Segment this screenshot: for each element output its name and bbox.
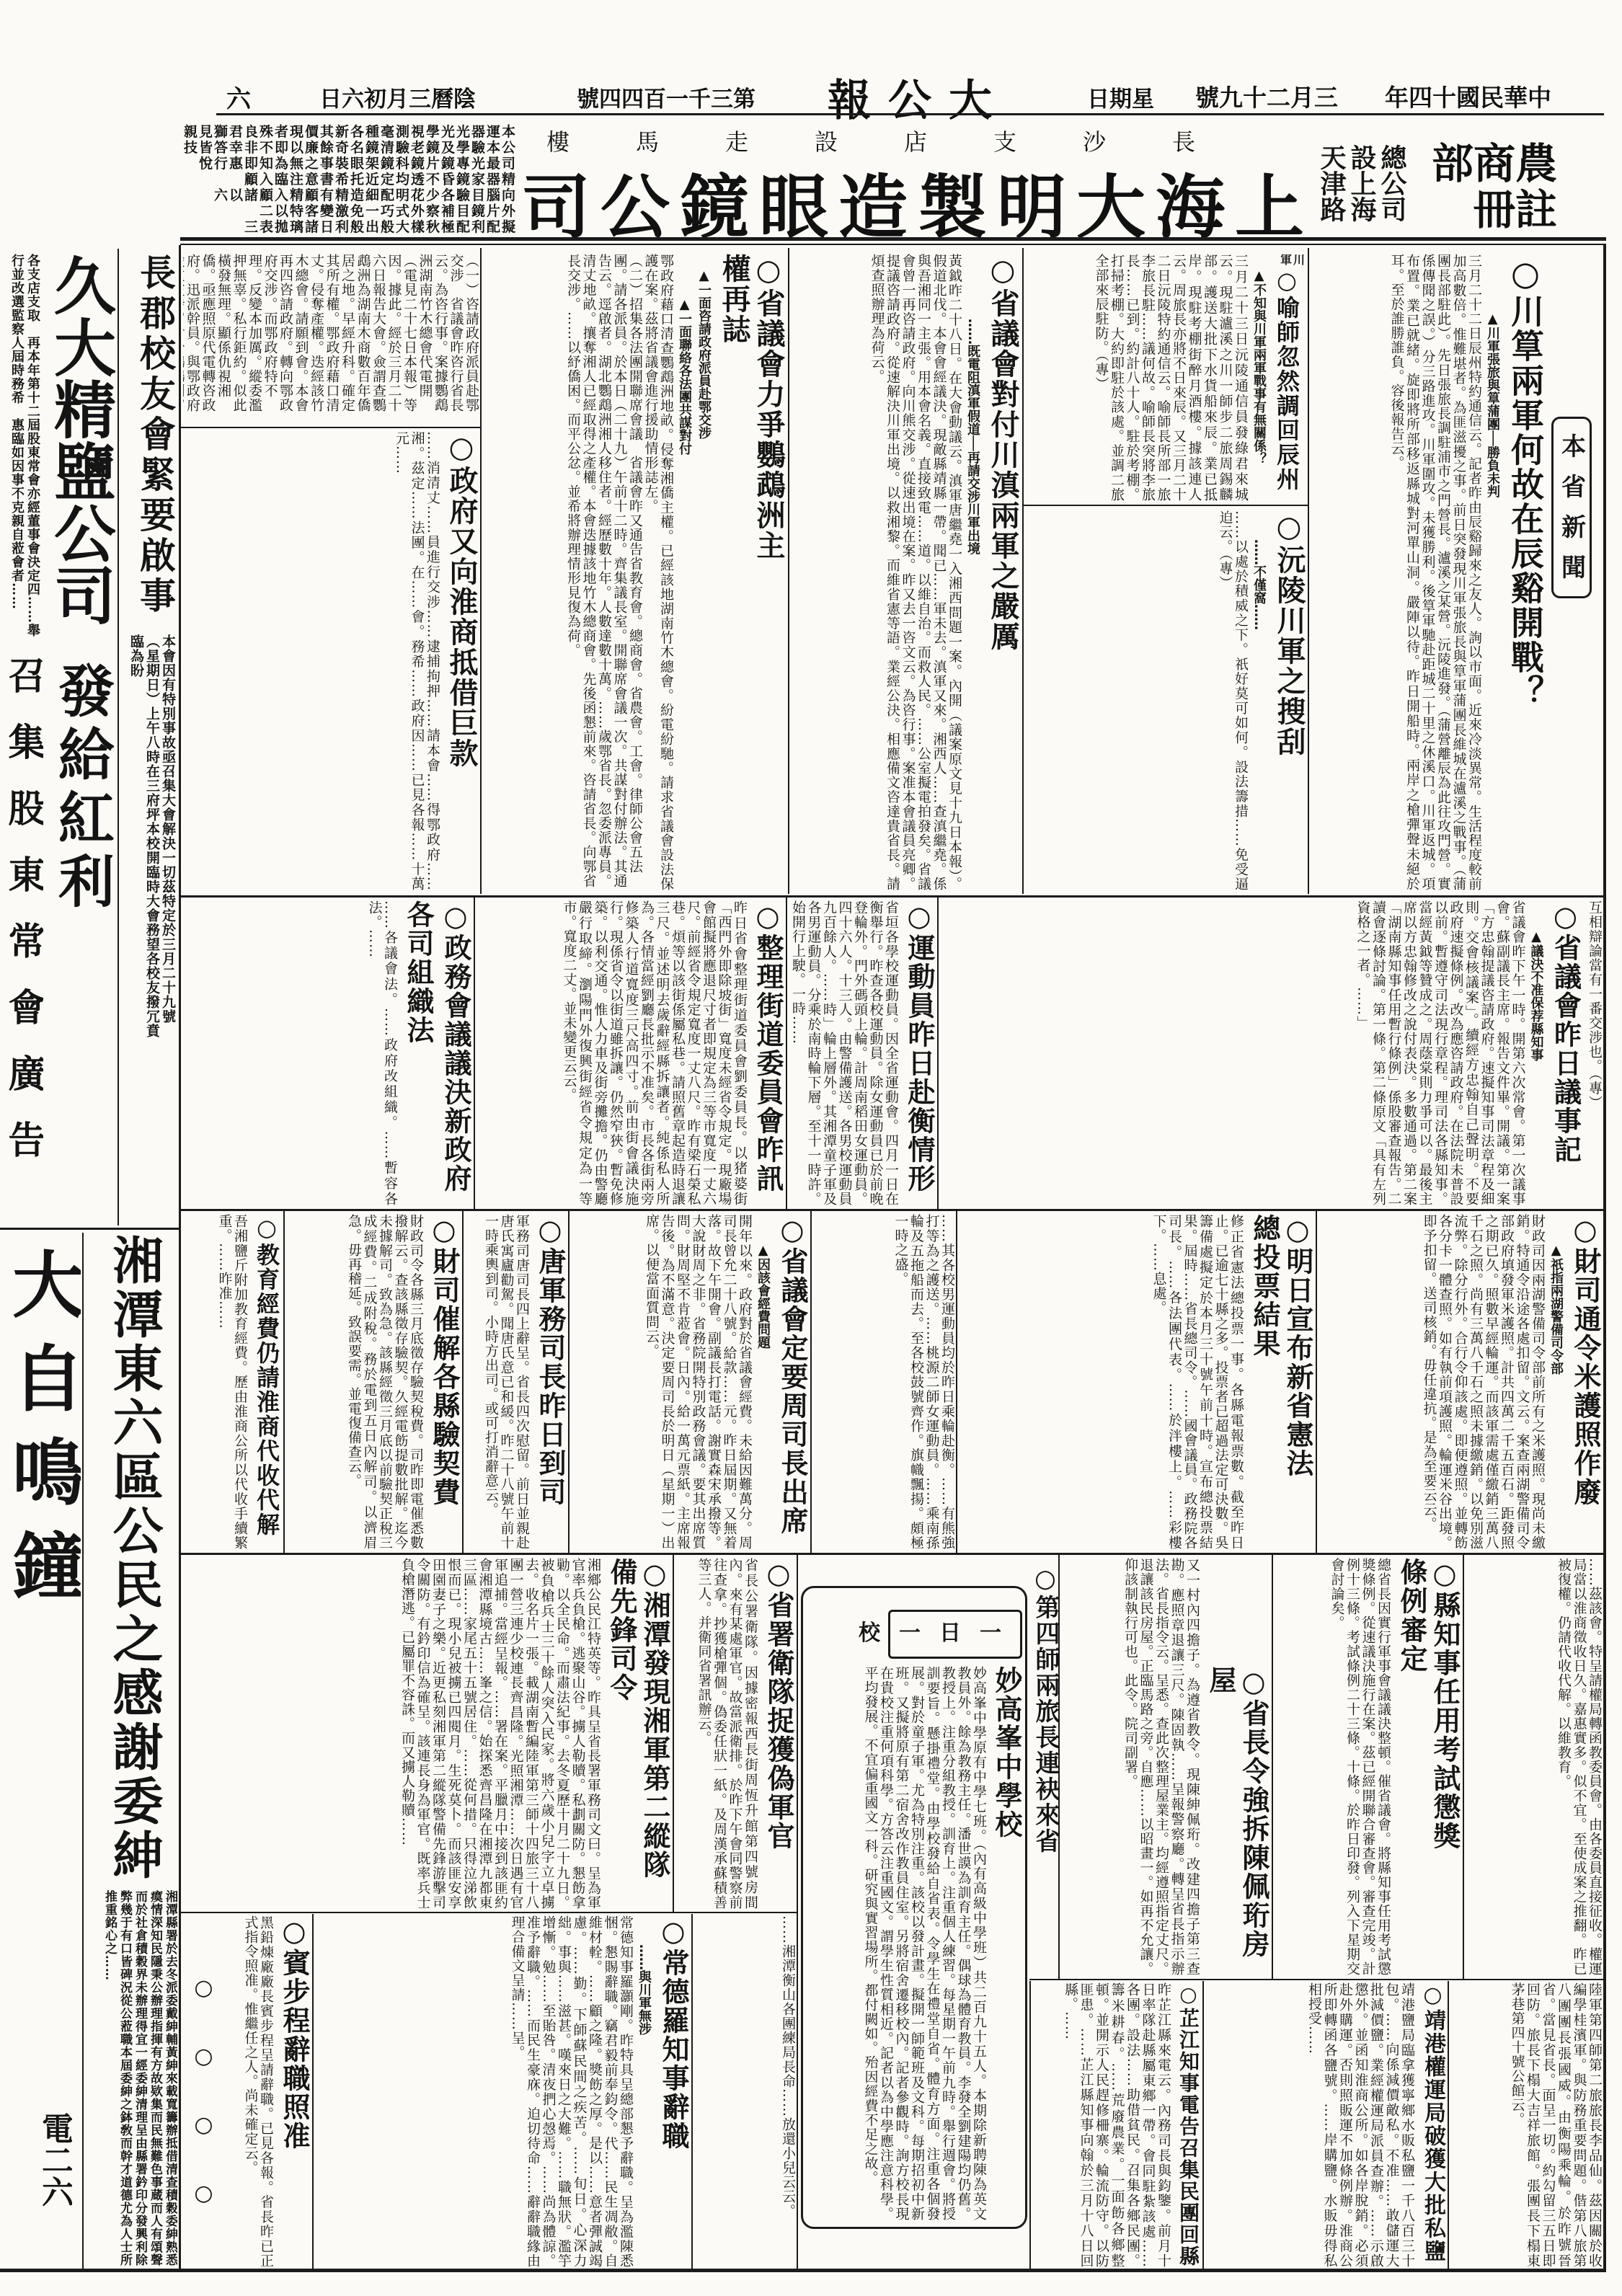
article-education-funds-continued: ……茲該會。特呈請權局轉函教委員會。由各委員直接征收。權運局當以淮商徵收日久。嘉… [1466,1558,1602,1976]
article-subheadline: ……不僅窩…… [1251,510,1267,891]
article-changde-magistrate-resigns: ○常德羅知事辭職 ……與川軍無涉 常德知事羅灝剛。昨特具呈總部懇予辭職。呈為濫陳… [315,1915,690,2268]
ad-clock-title: 大自鳴鐘 [1,1247,81,1824]
bottom-rule [0,2269,1606,2272]
article-subheadline: ▲一面咨請政府派員赴鄂交涉 [696,254,712,891]
masthead-rule [216,113,1604,115]
masthead-date: 三月二十九號 [1197,79,1338,113]
article-section: （二）招集各法團開聯席會議 省議會昨又通告省教育會。總商會。省農會。工會。律師公… [565,254,643,891]
sidebar-lower-rule [82,1233,84,2269]
ad-headquarters: 總公司 設上海 天津路 [1316,144,1406,236]
article-subheadline: ……既電阻滇軍假道──再請交涉川軍出境 [965,254,981,891]
article-athletes-depart: ○運動員昨日赴衡情形 省垣各學校運動員。因全省運動會。四月一日在衡舉行。昨查各校… [789,900,936,1206]
article-headline: ○政府又向淮商抵借巨款 [444,431,479,891]
column-rule [1029,1981,1031,2269]
article-magistrate-exam-rules: ○縣知事任用考試懲獎條例審定 總省長因實行軍事會議議決整頓。催省議會。將縣知事任… [1275,1558,1461,1976]
article-fourth-division-headline: ○第四師兩旅長連袂來省 [1030,1564,1059,1975]
article-body: 財政司令各縣三月底徵存驗契稅費。司昨即電催悉數撥解云。查該縣徵存驗契。久經電飭提… [346,1214,424,1550]
article-chuan-gan-battle: ○川筸兩軍何故在辰谿開戰？ ▲川軍張旅與筸蒲團──勝負未判 三月二十二日辰州特約… [1311,254,1546,891]
article-headline: ○明日宣布新省憲法總投票結果 [1248,1214,1314,1502]
ad-hq-col: 天津路 [1316,144,1346,236]
article-headline: ○政務會議議決新政府 [439,900,472,1206]
ad-body-row: 外片鏡目補察外式巧一免激變客特以二 [184,203,517,219]
article-miaogao-school: 妙高峯中學校 妙高峯中學原有中學七班。（內有高級中學班）共二百九十五人。本期除新… [809,1666,1022,2221]
article-government-loan: ○政府又向淮商抵借巨款 ……消清丈……員進行交涉……逮捕拘押……請本會……得鄂政… [183,431,479,891]
ad-registered-row: 農商部 [1413,141,1557,187]
column-rule [1316,1211,1317,1553]
section-label-local-news: 本省新聞 [1551,417,1592,598]
column-rule [1022,248,1024,894]
notice-changjun-body: 本會因有特別事故亟召集大會解決一切茲特定於三月二十九號（星期日）上午八時在三府坪… [121,634,176,1038]
article-subheadline: ▲川軍張旅與筸蒲團──勝負未判 [1484,254,1501,891]
ad-body-row: 擬配利配極秋樣大般出般利日諸璃拋表三 [184,219,517,235]
article-yuanling-extortion: ○沅陵川軍之搜刮 ……不僅窩…… ……以處於積威之下。祇好莫可如何。設法籌措……… [1025,510,1306,891]
article-xiangtan-gongmin-headline: 湘潭東六區公民之感謝委紳 [87,1234,177,1887]
article-body: 昨芷江縣來電云。內務司長與鈞鑒。前月十日率隊赴縣屬東鄉一帶。會同駐紮該處……各團… [1063,1982,1171,2268]
article-body: 軍務司唐司長四上辭呈。省長四次慰留。前日並親赴唐氏寓廬勸駕。聞唐氏意已和緩。昨二… [483,1214,530,1550]
row-rule [181,1912,797,1913]
column-rule [788,248,789,894]
article-body: 總省長因實行軍事會議議決整頓。催省議會。將縣知事任用考試懲獎條例。從速議決施行在… [1329,1558,1391,1976]
ad-body-row: 向腦目驗各少花明配細造精有顧精入顧諸以六 [184,187,517,203]
column-rule [1308,248,1309,894]
notice-changjun-headline: 長郡校友會緊要啟事 [131,254,176,629]
article-headline: ○省長令強拆陳佩珩房屋 [1204,1558,1270,1976]
column-rule [462,1211,464,1553]
ad-body-row: 本運器光光學視測毫種各新其價現者殊良君獅見親 [184,124,517,140]
article-headline: ○省議會力爭鸚鵡洲主權再誌 [717,254,786,578]
article-athletes-continued: ……其各校男運動員均於昨日乘輪赴衡。……有熊強打等為之護送。……桃源二師女運動員… [813,1214,954,1550]
article-body: 開年以來。政府對於省議會經費。未給因難萬分。周司長曾允二十八號。給款……元。昨日… [644,1214,753,1550]
ad-jiuda-title: 久大精鹽公司 [42,254,115,657]
article-headline: ○沅陵川軍之搜刮 [1272,510,1306,891]
column-rule [810,1211,812,1553]
article-headline: ○省議會昨日議事記 [1549,900,1582,1206]
article-guard-arrests-fake-officer: ○省署衛隊捉獲偽軍官 省長公署衛隊。因據密報西長街周恆升館第四號房間內。來有某處… [675,1558,795,1910]
ad-body-row: 司最光專鏡片鏡科鏡架眼裝事之無為知即惠行悅 [184,156,517,172]
article-body: 妙高峯中學原有中學七班。（內有高級中學班）共二百九十五人。本期除新聘陳為英文教員… [862,1666,986,2221]
article-body: ……以處於積威之下。祇好莫可如何。設法籌措……免受逼迫云。（專） [1217,510,1248,891]
article-rice-permit-void: ○財司通令米護照作廢 ▲祇指兩湖警備司令部 財政司因兩湖警備司令部前所有之米護照… [1319,1214,1602,1550]
newspaper-page: 中華民國十四年 三月二十九號 星期日 大公報 第三千一百四四號 陰曆三月初六日 … [0,0,1622,2296]
column-rule [474,897,475,1209]
article-yu-shi-recalled: 川軍○喻師忽然調回辰州 ▲不知與川軍兩軍戰事有無關係？ 三月二十三日沅陵通信員發… [1025,254,1306,502]
column-label-one-school-a-day: 一日一校 [888,1610,1022,1659]
article-headline-line2: 各司組織法 [402,900,435,1206]
band-rule-3 [180,1553,1605,1555]
article-headline: ○第四師兩旅長連袂來省 [1032,1564,1059,1975]
ad-registered-row: 註冊 [1413,187,1557,233]
band-rule-1 [180,895,1605,897]
band-rule-2 [180,1209,1605,1211]
ad-bottom-rule [180,237,1606,241]
ad-clock-phone: 電二六 [14,2112,72,2256]
article-xiangtan-fake-commander: ○湘潭發現湘軍第二縱隊備先鋒司令 湘鄉公民江特英等。昨具呈省長署軍務司文曰。呈為… [183,1558,671,1910]
article-body: 省議會昨下午一時。開第六次常會。第一次議事會。蘇副議長主席。報告文件畢。開議。第… [1355,900,1525,1206]
ad-jiuda-notes: 各支店支取 再本年第十二屆股東常會亦經董事會決定四……舉行並改選監察人屆時務希 … [3,254,40,649]
column-rule [1202,1981,1204,2269]
article-street-committee: ○整理街道委員會昨訊 昨日省會整理街道委員會劉委員長。以猪婆街「西門外即除坡街」… [477,900,784,1206]
article-headline: 妙高峯中學校 [991,1666,1022,2221]
row-rule [181,427,480,428]
masthead-weekday: 星期日 [1085,81,1154,113]
article-deed-fee-collection: ○財司催解各縣驗契費 財政司令各縣三月底徵存驗契稅費。司昨即電催悉數撥解云。查該… [286,1214,461,1550]
article-body: 靖港鹽局臨拿獲寧鄉水販私鹽一千八百三十包。……向係減價敵私。不准……敢儲運大批減… [1306,1982,1415,2268]
column-rule [312,1914,314,2269]
ad-bottom-rule-thin [180,244,1606,245]
ad-body-row: 精器家鏡昏不透均定近托希書意注臨入顧 [184,172,517,187]
column-rule [673,1555,674,1912]
article-body: 湘鄉公民江特英等。昨具呈省長署軍務司文曰。呈為軍官率兵負槍。逃聚山谷。擄人勒贖。… [399,1558,601,1910]
column-rule [937,897,939,1209]
sidebar-divider [0,1228,180,1230]
article-headline: ○唐軍務司長昨日到司 [533,1214,567,1550]
column-rule [691,1914,693,2269]
article-headline: ○整理街道委員會昨訊 [751,900,784,1206]
article-assembly-vs-sichuan-yunnan: ○省議會對付川滇兩軍之嚴厲 ……既電阻滇軍假道──再請交涉川軍出境 黃鉞昨二十八… [791,254,1020,891]
headline-text: ○喻師忽然調回辰州 [1273,267,1300,492]
article-body: 財政司因兩湖警備司令部前所有之米護照。現尚未繳銷。特通令沿途各處扣留。文云。案查… [1421,1214,1545,1550]
article-body: 吾湘鹽斤附加教育經費。歷由淮商公所以代收手續繁重。……昨准…… [216,1214,247,1550]
row-rule [1022,505,1308,506]
article-body: 陸軍第四師第二旅旅長李品仙。茲因關於收編學桂濱軍。與防務重要問題。偕第八旅第八團… [1509,1982,1602,2268]
article-education-funds: ○教育經費仍請淮商代收代解 吾湘鹽斤附加教育經費。歷由淮商公所以代收手續繁重。…… [183,1214,282,1550]
column-rule [956,1211,957,1553]
article-headline: ○財司催解各縣驗契費 [427,1214,461,1550]
column-rule [480,248,482,894]
article-headline: 川軍○喻師忽然調回辰州 [1272,254,1306,502]
masthead-page-number: 六 [225,79,251,115]
article-headline: ○縣知事任用考試懲獎條例審定 [1395,1558,1461,1875]
article-headline: ○省署衛隊捉獲偽軍官 [762,1558,795,1910]
column-rule [568,1211,570,1553]
article-body: 省垣各學校運動員。因全省運動會。四月一日在衡舉行。昨查各校運動員。除女運動員已於… [790,900,899,1206]
article-body: 又一村內四擔子。為遵省教令。現陳紳佩珩。改建四擔子第三查勘。應照章退讓三尺。陳固… [1122,1558,1200,1976]
article-body: ……消清丈……員進行交涉……逮捕拘押……請本會……得鄂政府……湘。茲定……法團。… [394,431,440,891]
article-subheadline: ▲祇指兩湖警備司令部 [1548,1214,1564,1550]
masthead-issue-number: 第三千一百四四號 [562,81,755,113]
article-subheadline: ▲不知與川軍兩軍戰事有無關係？ [1251,254,1267,502]
article-xiangtan-gongmin-body: 湘潭縣署於去冬派委戴紳輔黃紳來載寬籌辦抵借清查積穀委紳熟悉瘼情深知民隱秉公辦理指… [87,1890,177,2266]
article-body: ……湘潭衡山各團練局長命……放還小兒云云。 [780,1915,796,2268]
article-yingwu-continued: （一）咨請政府派員赴鄂交涉 省議會昨咨行省長云。為咨行事。案據鸚鵡洲湖南竹木總會… [183,254,479,424]
article-tail-column: 互相辯論當有一番交涉也。（專） [1587,900,1603,1206]
article-headline: ○賓步程辭職照准 [278,1915,311,2268]
article-constitution-vote: ○明日宣布新省憲法總投票結果 修正省憲法總投票一事。各縣電報票數。截至昨日止。已… [959,1214,1314,1550]
article-headline: ○省議會定要周司長出席 [776,1214,809,1550]
article-body: 三月二十三日沅陵通信員發綠君來城云。現駐瀘溪之川一師步二旅周錫麟部。護送大批下水… [1093,254,1248,502]
article-body: 常德知事羅灝剛。昨特具呈總部懇予辭職。呈為濫陳悉悃。懇賜辭職。竊君毅前奉鈞令。代… [509,1915,633,2268]
row-rule [1029,1979,1605,1980]
article-body: 三月二十二日辰州特約通信云。記者昨由辰谿歸來之友人。詢以市面。近來冷淡異常。生活… [1388,254,1481,891]
article-headline: ○芷江知事電告召集民團回縣 [1175,1982,1201,2268]
article-subheadline: ▲一面聯絡各法團共謀對付 [676,254,693,891]
article-subheadline: ▲議決不准保荐縣知事 [1528,900,1545,1206]
ad-optical-body: 本運器光光學視測毫種各新其價現者殊良君獅見親 公本驗學及鏡老驗清鏡名奇餘廉以即不… [184,124,517,236]
article-tang-returns: ○唐軍務司長昨日到司 軍務司唐司長四上辭呈。省長四次慰留。前日並親赴唐氏寓廬勸駕… [465,1214,567,1550]
ad-jiuda-title3: 召集股東常會廣告 [3,656,43,1218]
column-rule [797,1555,798,2269]
article-headline: ○省議會對付川滇兩軍之嚴厲 [985,254,1020,891]
masthead-republic-year: 中華民國十四年 [1384,79,1551,113]
ad-registered-stamp: 農商部 註冊 [1413,141,1557,238]
column-rule [283,1211,285,1553]
article-subheadline: ▲因該會經費問題 [755,1214,771,1550]
article-body: ……各議會法。……政府改組織。……暫容各法。…… [366,900,397,1206]
column-rule [1463,1555,1464,1979]
article-body: 黃鉞昨二十八日。在大會動議云。滇軍唐繼堯一入湘西問題一案。內開（議案原文見十九日… [869,254,962,891]
article-yingwu-island-sovereignty: ○省議會力爭鸚鵡洲主權再誌 ▲一面咨請政府派員赴鄂交涉 ▲一面聯絡各法團共謀對付… [483,254,786,891]
article-headline: ○湘潭發現湘軍第二縱隊備先鋒司令 [605,1558,671,1897]
column-box-one-school-a-day: 一日一校 妙高峯中學校 妙高峯中學原有中學七班。（內有高級中學班）共二百九十五人… [801,1586,1027,2229]
article-body: 昨日省會整理街道委員會劉委員長。以猪婆街「西門外即除坡街」寬度未經省令規定。現廠… [561,900,747,1206]
article-jinggang-salt-seizure: ○靖港權運局破獲大批私鹽 靖港鹽局臨拿獲寧鄉水販私鹽一千八百三十包。……向係減價… [1205,1982,1446,2268]
article-body: 鄂政府藉口清查鸚鵡洲地畝。侵奪湘僑主權。已經該地湖南竹木總會。紛電紛馳。請求省議… [642,254,673,891]
article-forced-demolition: ○省長令強拆陳佩珩房屋 又一村內四擔子。為遵省教令。現陳紳佩珩。改建四擔子第三查… [1061,1558,1270,1976]
ad-jiuda-title2: 發給紅利 [45,662,115,936]
ad-hq-col: 設上海 [1346,144,1376,236]
article-section: （一）咨請政府派員赴鄂交涉 省議會昨咨行省長云。為咨行事。案據鸚鵡洲湖南竹木總會… [183,254,479,424]
article-subheadline: ……與川軍無涉 [636,1915,652,2268]
headline-prefix: 川軍 [1280,254,1306,267]
article-headline: ○川筸兩軍何故在辰谿開戰？ [1505,254,1546,891]
article-body: ……其各校男運動員均於昨日乘輪赴衡。……有熊強打等為之護送。……桃源二師女運動員… [892,1214,954,1550]
article-headline: ○財司通令米護照作廢 [1569,1214,1602,1550]
article-headline: ○運動員昨日赴衡情形 [903,900,936,1206]
right-border-rule [1603,245,1606,2272]
column-rule [1272,1555,1273,1979]
column-rule [1448,1981,1449,2269]
article-zhijiang-militia: ○芷江知事電告召集民團回縣 昨芷江縣來電云。內務司長與鈞鑒。前月十日率隊赴縣屬東… [1034,1982,1201,2268]
masthead-paper-name: 大公報 [842,66,1009,128]
ad-hq-col: 總公司 [1376,144,1406,236]
article-bin-resignation-approved: ○賓步程辭職照准 黑鉛煉廠廠長賓步程呈請辭職。已見各報。省長昨已正式指令照准。惟… [221,1915,311,2268]
article-body: 省長公署衛隊。因據密報西長街周恆升館第四號房間內。來有某處軍官。故當派衛排。於昨… [696,1558,758,1910]
article-body: 黑鉛煉廠廠長賓步程呈請辭職。已見各報。省長昨已正式指令照准。惟繼任之人。尚未確定… [242,1915,273,2268]
article-government-organization: ○政務會議議決新政府 各司組織法 ……各議會法。……政府改組織。……暫容各法。…… [183,900,472,1206]
article-headline: ○靖港權運局破獲大批私鹽 [1419,1982,1446,2268]
article-headline: ○常德羅知事辭職 [657,1915,690,2268]
masthead-lunar-date: 陰曆三月初六日 [309,81,476,113]
article-headline: ○教育經費仍請淮商代收代解 [252,1214,282,1550]
sidebar-rule [179,245,181,2272]
article-body: 修正省憲法總投票一事。各縣電報票數。截至昨日止。已逾七十縣之多。投票者已超過法定… [1151,1214,1244,1550]
ad-body-row: 公本驗學及鏡老驗清鏡名奇餘廉以即不非幸答皆技 [184,140,517,156]
article-assembly-demands-zhou: ○省議會定要周司長出席 ▲因該會經費問題 開年以來。政府對於省議會經費。未給因難… [571,1214,809,1550]
separator-circles: ○○○○ [186,1975,218,2264]
article-body: ……茲該會。特呈請權局轉函教委員會。由各委員直接征收。權運局當以淮商徵收日久。嘉… [1556,1558,1603,1976]
article-xiangtan-continued: ……湘潭衡山各團練局長命……放還小兒云云。 [694,1915,795,2268]
article-assembly-proceedings: 互相辯論當有一番交涉也。（專） ○省議會昨日議事記 ▲議決不准保荐縣知事 省議會… [940,900,1602,1206]
column-rule [786,897,787,1209]
sidebar-inner-rule [118,249,119,1225]
article-fourth-division-body: 陸軍第四師第二旅旅長李品仙。茲因關於收編學桂濱軍。與防務重要問題。偕第八旅第八團… [1450,1982,1602,2268]
